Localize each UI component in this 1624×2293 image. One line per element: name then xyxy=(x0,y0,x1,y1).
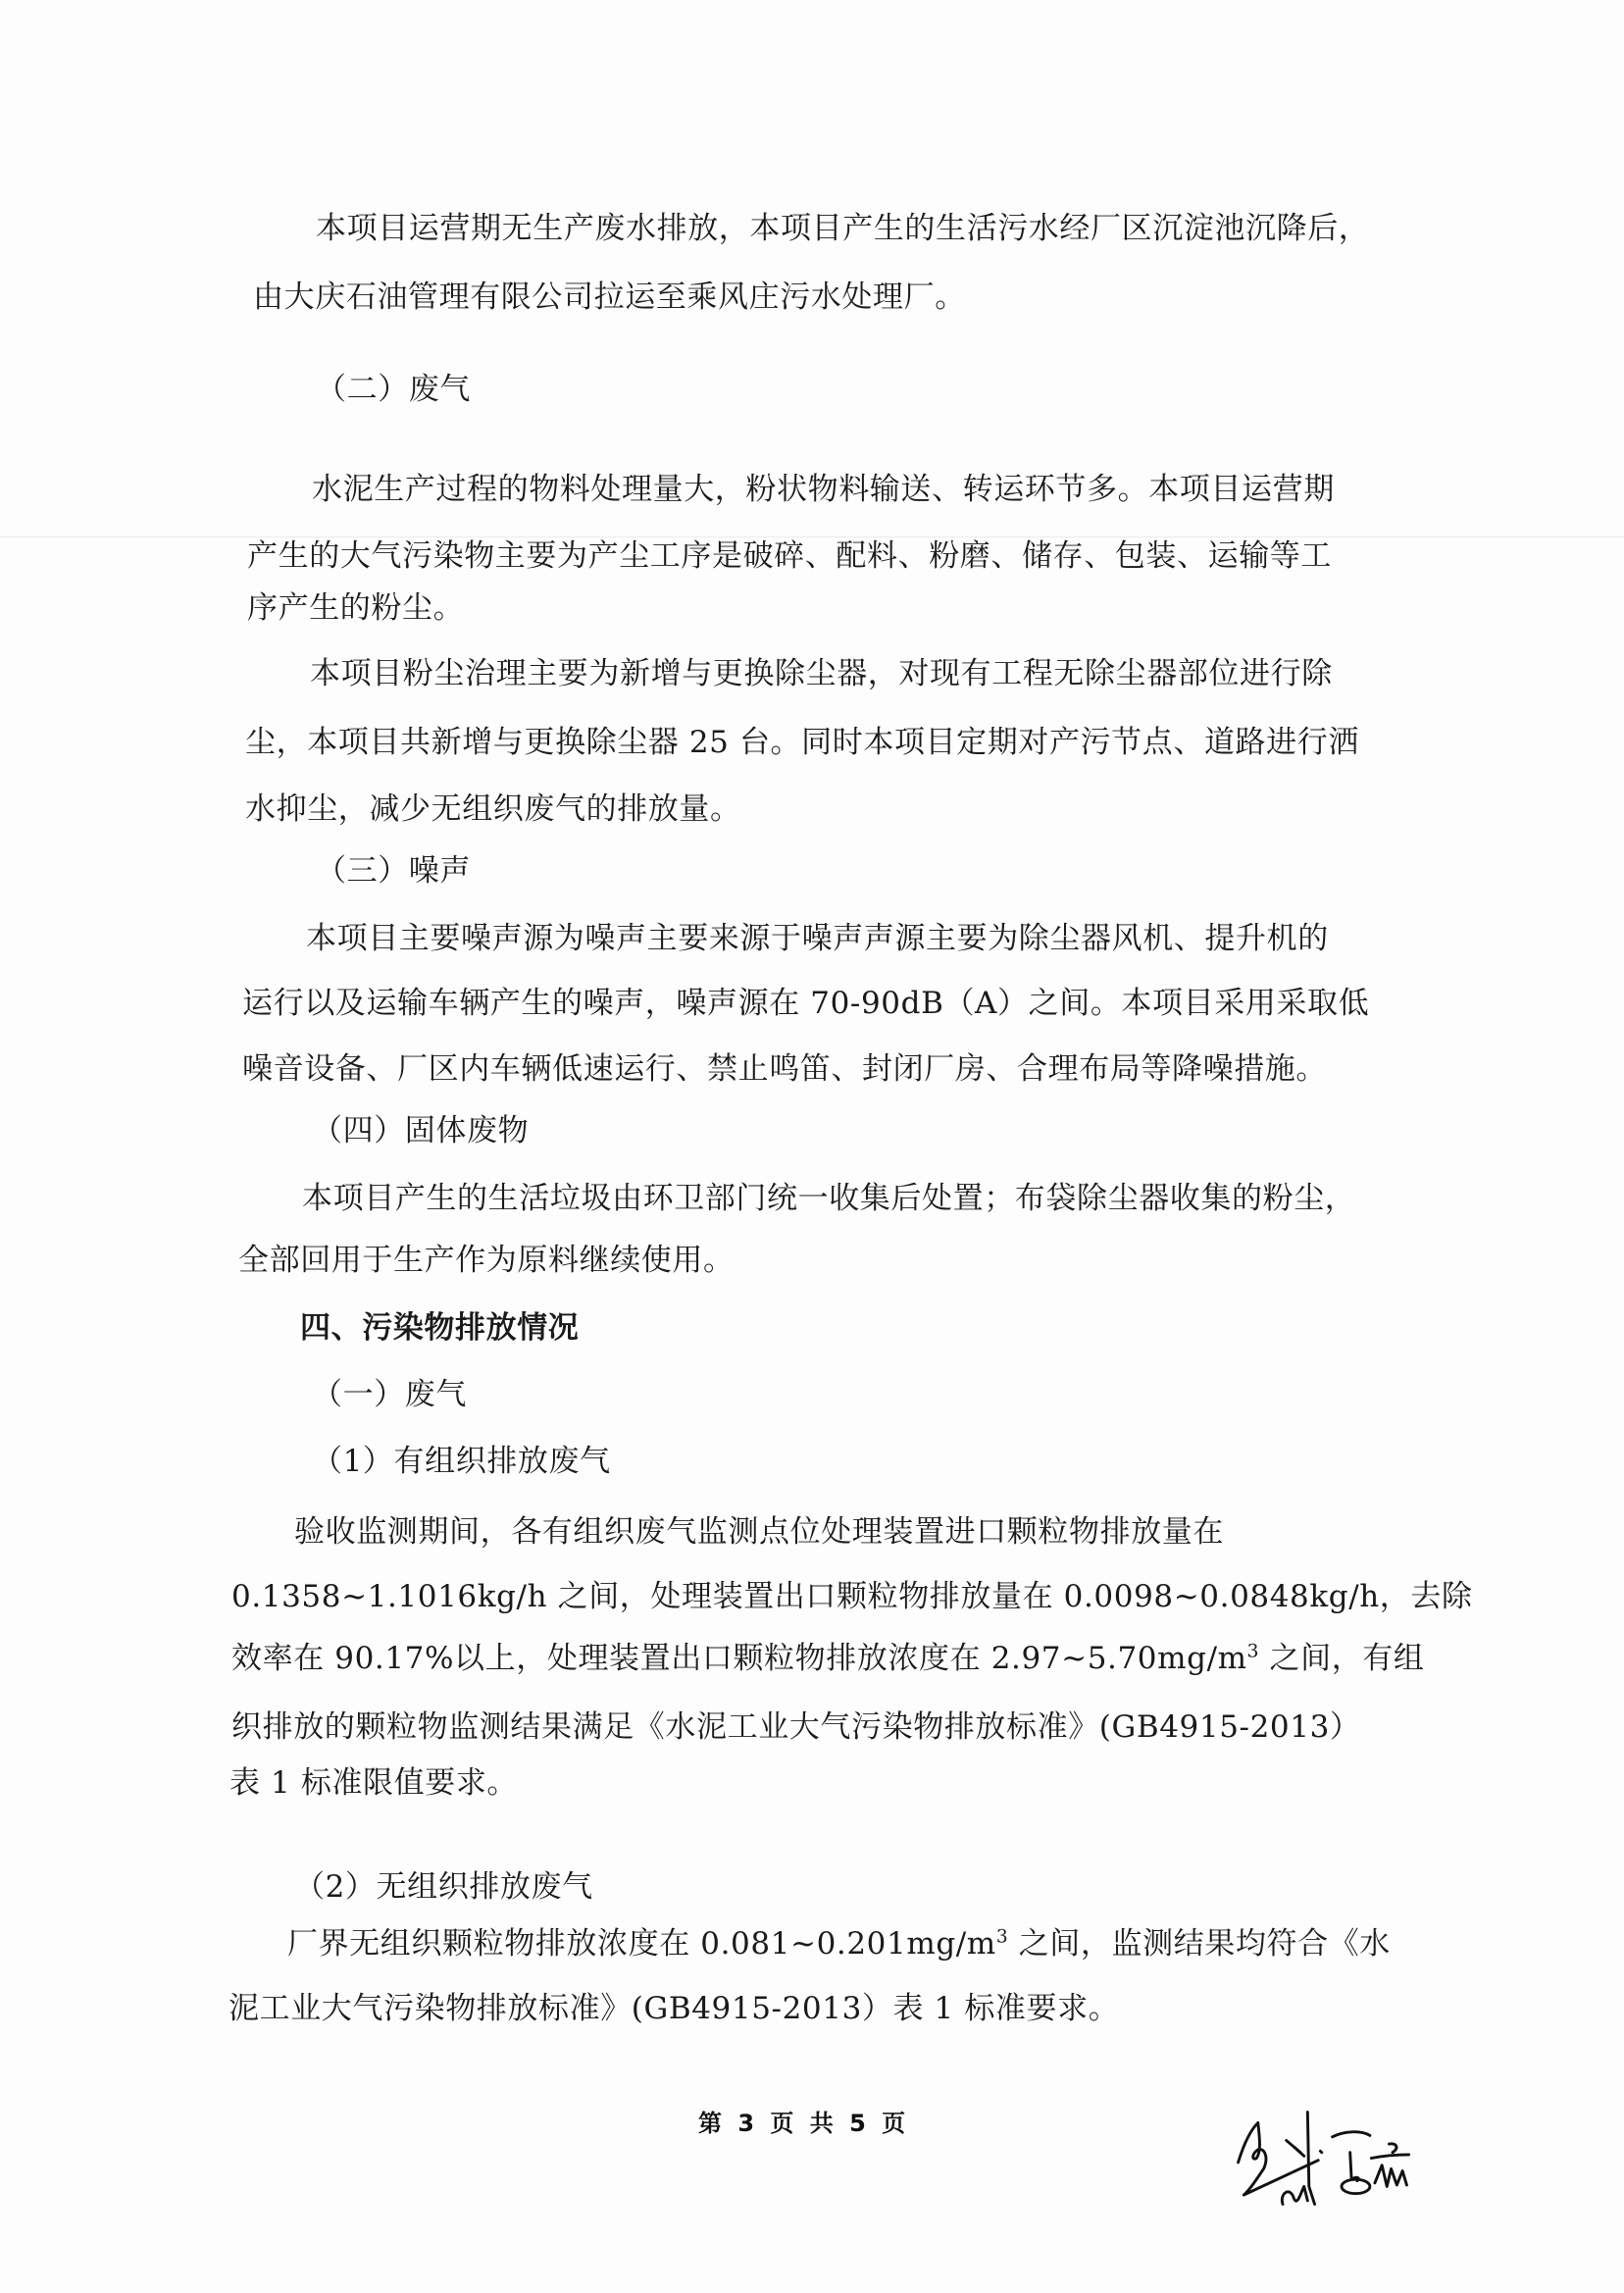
paragraph-line: 本项目产生的生活垃圾由环卫部门统一收集后处置；布袋除尘器收集的粉尘， xyxy=(302,1179,1355,1218)
paragraph-line: （三）噪声 xyxy=(316,851,471,891)
paragraph-line: （一）废气 xyxy=(312,1375,467,1414)
text-segment: 之间，有组 xyxy=(1259,1641,1424,1676)
paragraph-line: （1）有组织排放废气 xyxy=(312,1442,611,1481)
paragraph-line: 序产生的粉尘。 xyxy=(247,588,464,628)
paragraph-line: 全部回用于生产作为原料继续使用。 xyxy=(238,1241,735,1280)
paragraph-line-unorganized-2: 泥工业大气污染物排放标准》(GB4915-2013）表 1 标准要求。 xyxy=(228,1989,1119,2028)
text-segment: 效率在 90.17%以上，处理装置出口颗粒物排放浓度在 2.97~5.70mg/… xyxy=(231,1641,1247,1676)
handwritten-signature-icon xyxy=(1201,2087,1456,2229)
paragraph-line: 验收监测期间，各有组织废气监测点位处理装置进口颗粒物排放量在 xyxy=(294,1512,1224,1552)
paragraph-line-unorganized-1: 厂界无组织颗粒物排放浓度在 0.081~0.201mg/m3 之间，监测结果均符… xyxy=(287,1924,1391,1963)
paragraph-line: 水抑尘，减少无组织废气的排放量。 xyxy=(245,790,741,829)
paragraph-line: 表 1 标准限值要求。 xyxy=(229,1763,518,1803)
superscript: 3 xyxy=(996,1927,1008,1948)
paragraph-line: （2）无组织排放废气 xyxy=(294,1867,593,1907)
paragraph-line: 运行以及运输车辆产生的噪声，噪声源在 70-90dB（A）之间。本项目采用采取低 xyxy=(242,984,1369,1023)
paragraph-line: 由大庆石油管理有限公司拉运至乘风庄污水处理厂。 xyxy=(253,278,966,317)
text-segment: 之间，监测结果均符合《水 xyxy=(1008,1926,1391,1962)
paragraph-line: 效率在 90.17%以上，处理装置出口颗粒物排放浓度在 2.97~5.70mg/… xyxy=(231,1639,1425,1678)
document-page: 本项目运营期无生产废水排放，本项目产生的生活污水经厂区沉淀池沉降后，由大庆石油管… xyxy=(0,0,1624,2293)
paragraph-line: 产生的大气污染物主要为产尘工序是破碎、配料、粉磨、储存、包装、运输等工 xyxy=(247,536,1332,576)
paragraph-line: 0.1358~1.1016kg/h 之间，处理装置出口颗粒物排放量在 0.009… xyxy=(231,1577,1473,1616)
paragraph-line: 织排放的颗粒物监测结果满足《水泥工业大气污染物排放标准》(GB4915-2013… xyxy=(231,1707,1361,1747)
paragraph-line: 噪音设备、厂区内车辆低速运行、禁止鸣笛、封闭厂房、合理布局等降噪措施。 xyxy=(242,1049,1327,1089)
section-heading-pollutant-emissions: 四、污染物排放情况 xyxy=(300,1308,579,1348)
superscript: 3 xyxy=(1247,1642,1259,1662)
paragraph-line: （二）废气 xyxy=(316,370,471,409)
paragraph-line: （四）固体废物 xyxy=(312,1111,529,1150)
paragraph-line: 水泥生产过程的物料处理量大，粉状物料输送、转运环节多。本项目运营期 xyxy=(312,470,1335,509)
paragraph-line: 本项目主要噪声源为噪声主要来源于噪声声源主要为除尘器风机、提升机的 xyxy=(306,919,1329,958)
paragraph-line: 本项目运营期无生产废水排放，本项目产生的生活污水经厂区沉淀池沉降后， xyxy=(316,209,1369,248)
paragraph-line: 本项目粉尘治理主要为新增与更换除尘器，对现有工程无除尘器部位进行除 xyxy=(310,654,1333,693)
text-segment: 厂界无组织颗粒物排放浓度在 0.081~0.201mg/m xyxy=(287,1926,996,1962)
page-number-footer: 第 3 页 共 5 页 xyxy=(698,2109,909,2138)
paragraph-line: 尘，本项目共新增与更换除尘器 25 台。同时本项目定期对产污节点、道路进行洒 xyxy=(245,723,1359,762)
